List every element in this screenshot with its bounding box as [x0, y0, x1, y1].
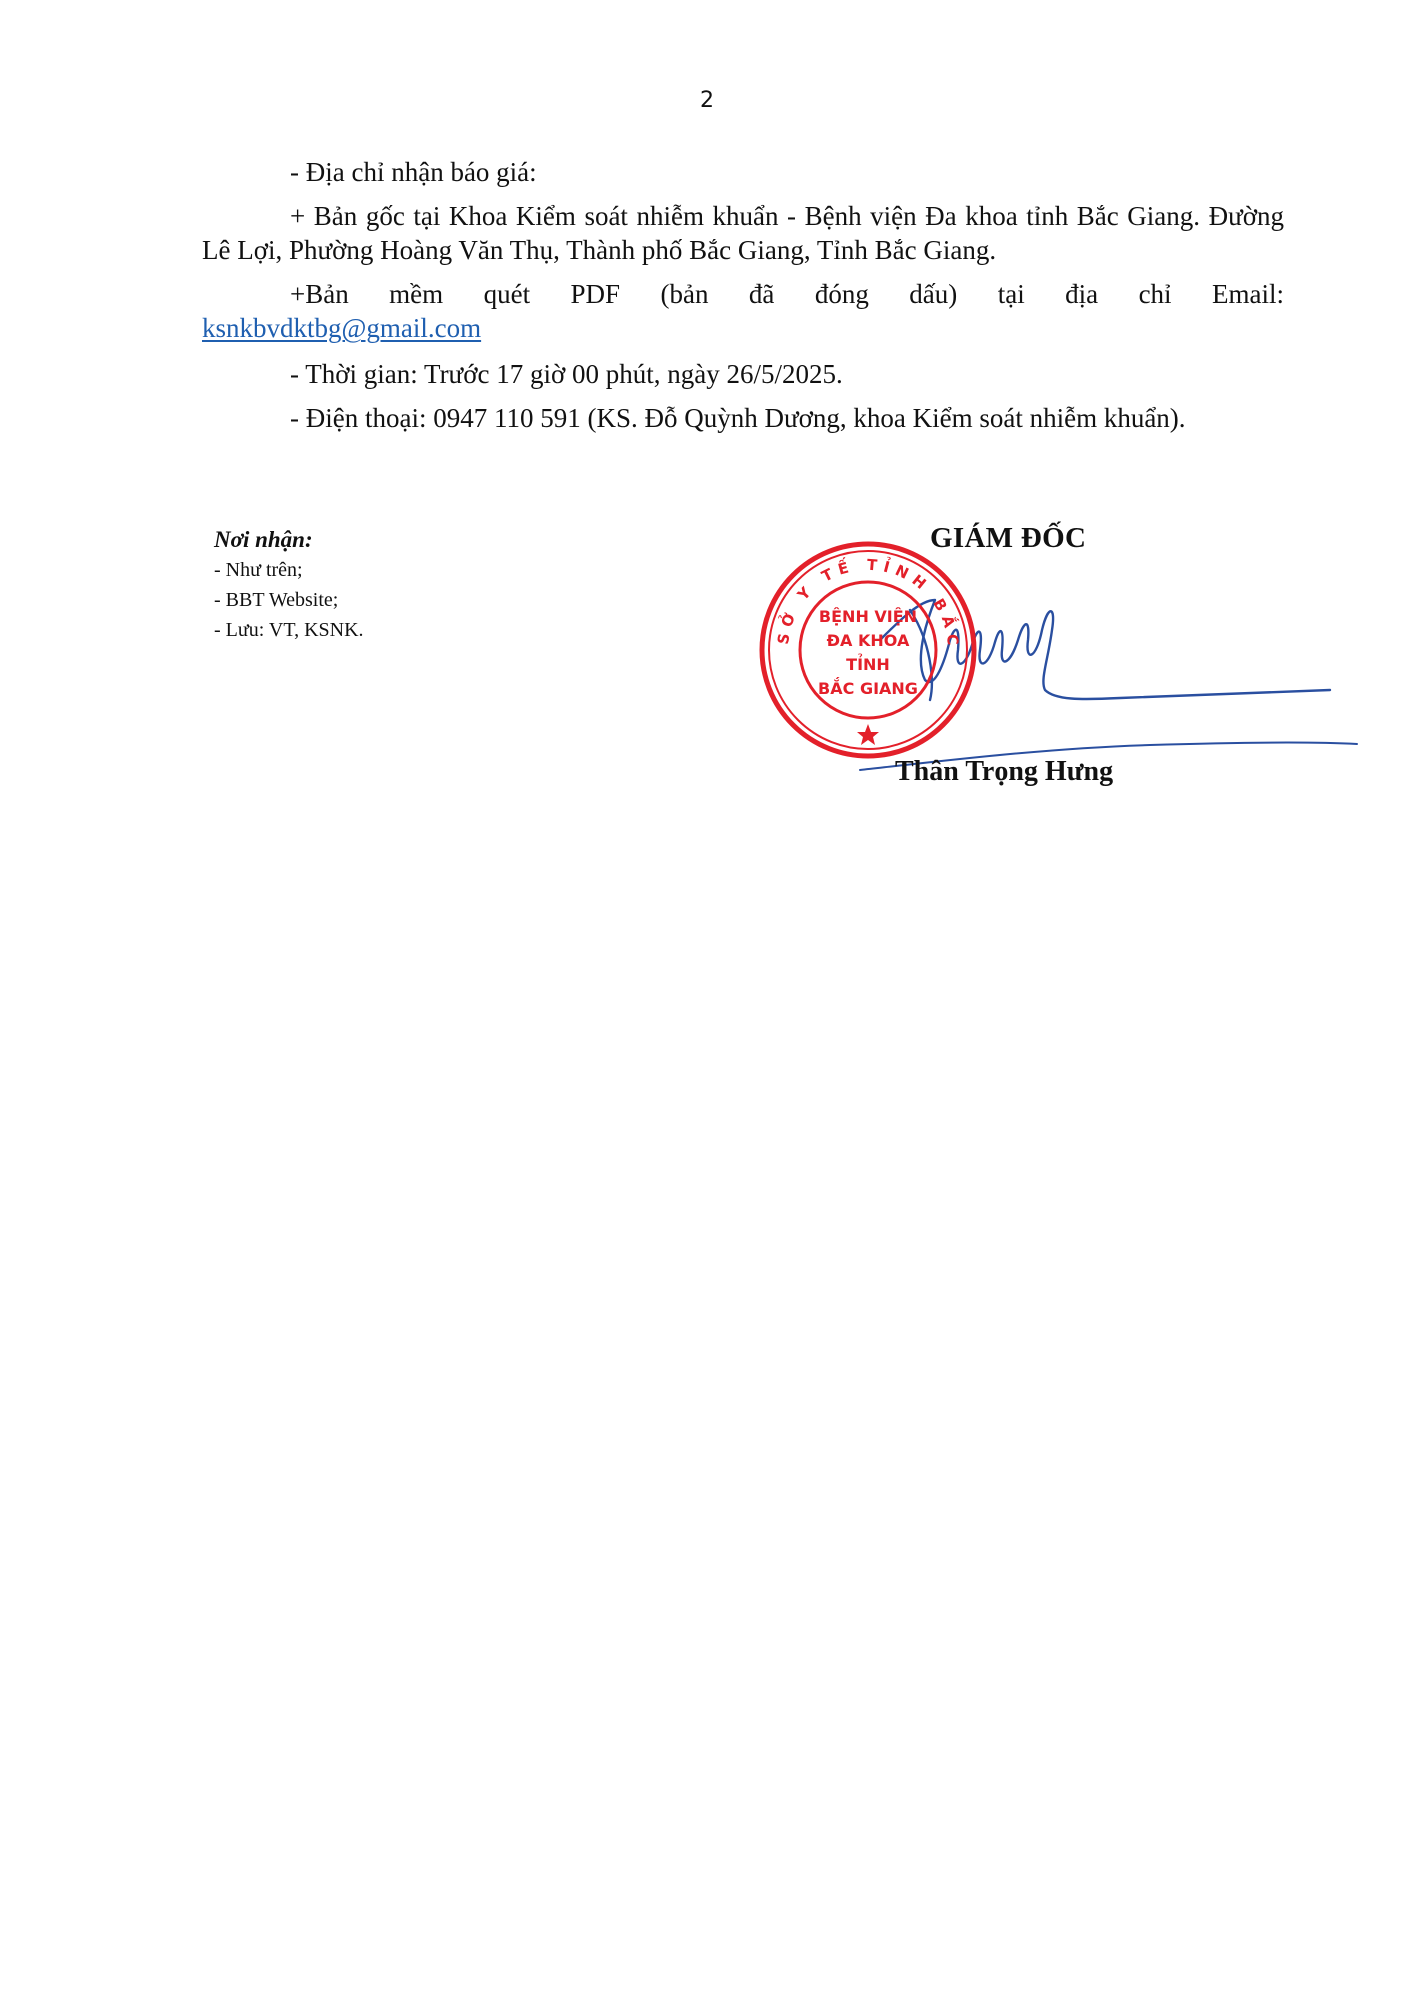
signer-name: Thân Trọng Hưng — [895, 756, 1113, 788]
stamp-line: TỈNH — [846, 653, 890, 674]
recipients-heading: Nơi nhận: — [214, 525, 364, 555]
soft-copy-instruction: +Bản mềm quét PDF (bản đã đóng dấu) tại … — [202, 277, 1284, 311]
stamp-line: BỆNH VIỆN — [819, 606, 917, 626]
address-heading: - Địa chỉ nhận báo giá: — [202, 155, 1284, 189]
original-copy-address: + Bản gốc tại Khoa Kiểm soát nhiễm khuẩn… — [202, 199, 1284, 267]
stamp-line: ĐA KHOA — [827, 631, 910, 650]
email-line: ksnkbvdktbg@gmail.com — [202, 311, 1284, 345]
page-number: 2 — [0, 88, 1414, 113]
phone-contact: - Điện thoại: 0947 110 591 (KS. Đỗ Quỳnh… — [202, 401, 1284, 435]
recipients-block: Nơi nhận: - Như trên; - BBT Website; - L… — [214, 525, 364, 645]
email-link[interactable]: ksnkbvdktbg@gmail.com — [202, 313, 481, 343]
stamp-line: BẮC GIANG — [818, 677, 918, 698]
official-stamp: SỞ Y TẾ TỈNH BẮC GIANG BỆNH VIỆN ĐA KHOA… — [758, 540, 978, 760]
recipient-item: - Như trên; — [214, 555, 364, 585]
document-body: - Địa chỉ nhận báo giá: + Bản gốc tại Kh… — [202, 155, 1284, 435]
recipient-item: - Lưu: VT, KSNK. — [214, 615, 364, 645]
star-icon — [857, 724, 879, 745]
recipient-item: - BBT Website; — [214, 585, 364, 615]
deadline: - Thời gian: Trước 17 giờ 00 phút, ngày … — [202, 357, 1284, 391]
